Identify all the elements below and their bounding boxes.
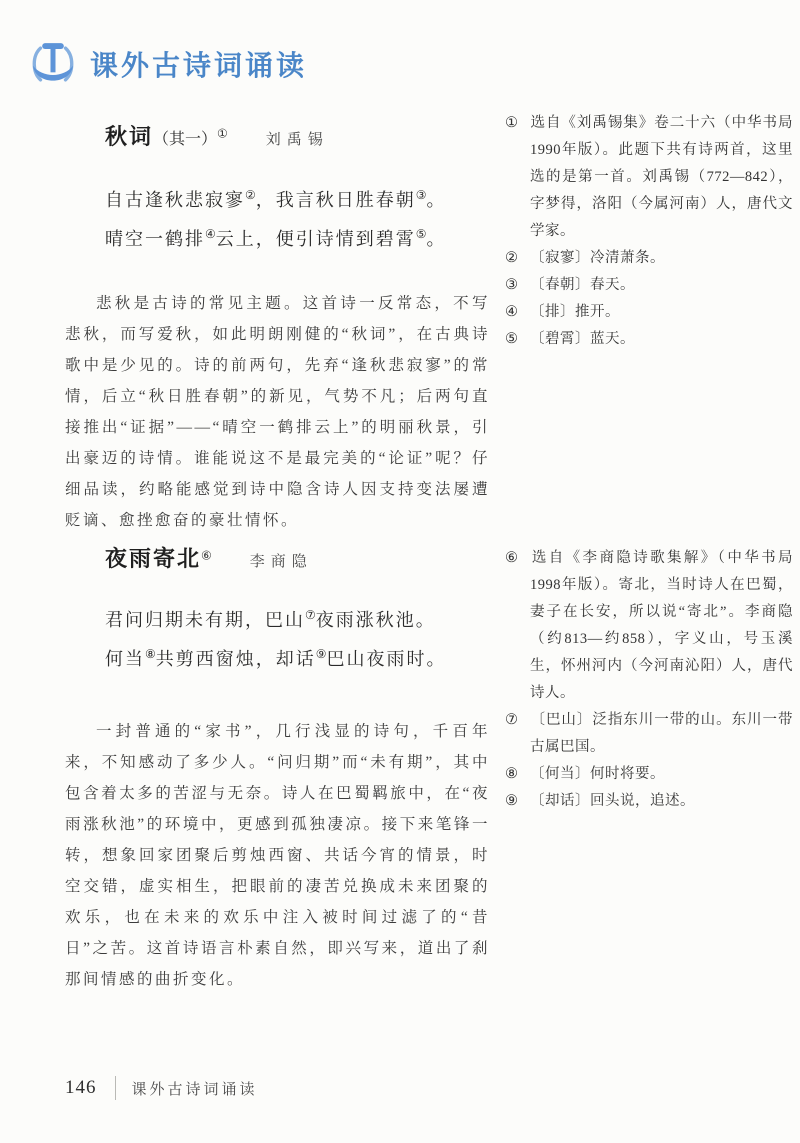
poem1-title: 秋词 bbox=[105, 124, 153, 149]
poem1-annotations: ①选自《刘禹锡集》卷二十六（中华书局1990年版）。此题下共有诗两首，这里选的是… bbox=[505, 110, 793, 353]
footer-divider bbox=[115, 1076, 116, 1100]
annotation-item: ②〔寂寥〕冷清萧条。 bbox=[505, 245, 793, 272]
poem1-line1: 自古逢秋悲寂寥②，我言秋日胜春朝③。 bbox=[105, 178, 447, 217]
textbook-page: 课外古诗词诵读 秋词（其一）①刘禹锡 自古逢秋悲寂寥②，我言秋日胜春朝③。 晴空… bbox=[0, 0, 800, 1143]
annotation-text: 〔何当〕何时将要。 bbox=[530, 766, 665, 782]
poem1-body: 自古逢秋悲寂寥②，我言秋日胜春朝③。 晴空一鹤排④云上，便引诗情到碧霄⑤。 bbox=[105, 178, 447, 256]
annotation-number: ③ bbox=[505, 272, 530, 299]
poem2-line1: 君问归期未有期，巴山⑦夜雨涨秋池。 bbox=[105, 598, 447, 637]
poem1-title-ref: ① bbox=[217, 127, 228, 141]
annotation-item: ⑧〔何当〕何时将要。 bbox=[505, 761, 793, 788]
annotation-item: ⑨〔却话〕回头说，追述。 bbox=[505, 788, 793, 815]
annotation-item: ⑦〔巴山〕泛指东川一带的山。东川一带古属巴国。 bbox=[505, 707, 793, 761]
annotation-number: ⑥ bbox=[505, 545, 530, 572]
annotation-number: ⑦ bbox=[505, 707, 530, 734]
annotation-text: 〔却话〕回头说，追述。 bbox=[530, 793, 695, 809]
annotation-number: ⑧ bbox=[505, 761, 530, 788]
annotation-number: ① bbox=[505, 110, 530, 137]
poem-text: 。 bbox=[427, 190, 447, 210]
poem-text: 共剪西窗烛，却话 bbox=[156, 649, 316, 669]
annotation-text: 〔巴山〕泛指东川一带的山。东川一带古属巴国。 bbox=[530, 712, 793, 755]
annotation-item: ⑤〔碧霄〕蓝天。 bbox=[505, 326, 793, 353]
chapter-title: 课外古诗词诵读 bbox=[90, 44, 307, 84]
annotation-number: ② bbox=[505, 245, 530, 272]
poem1-heading: 秋词（其一）①刘禹锡 bbox=[105, 120, 329, 151]
poem-text: 。 bbox=[427, 229, 447, 249]
poem2-title: 夜雨寄北 bbox=[105, 546, 201, 571]
note-ref: ⑤ bbox=[416, 227, 427, 241]
anchor-reading-logo-icon bbox=[28, 38, 78, 90]
poem-text: 云上，便引诗情到碧霄 bbox=[216, 229, 416, 249]
poem2-heading: 夜雨寄北⑥李商隐 bbox=[105, 542, 313, 573]
poem2-title-ref: ⑥ bbox=[201, 549, 212, 563]
page-number: 146 bbox=[65, 1077, 97, 1099]
annotation-item: ④〔排〕推开。 bbox=[505, 299, 793, 326]
footer-section-title: 课外古诗词诵读 bbox=[132, 1078, 258, 1099]
annotation-text: 〔寂寥〕冷清萧条。 bbox=[530, 250, 665, 266]
note-ref: ⑧ bbox=[145, 647, 156, 661]
annotation-number: ⑨ bbox=[505, 788, 530, 815]
note-ref: ⑨ bbox=[316, 647, 327, 661]
note-ref: ④ bbox=[205, 227, 216, 241]
poem2-body: 君问归期未有期，巴山⑦夜雨涨秋池。 何当⑧共剪西窗烛，却话⑨巴山夜雨时。 bbox=[105, 598, 447, 676]
annotation-text: 选自《刘禹锡集》卷二十六（中华书局1990年版）。此题下共有诗两首，这里选的是第… bbox=[530, 115, 793, 239]
poem1-commentary: 悲秋是古诗的常见主题。这首诗一反常态，不写悲秋，而写爱秋，如此明朗刚健的“秋词”… bbox=[65, 288, 490, 536]
annotation-item: ③〔春朝〕春天。 bbox=[505, 272, 793, 299]
annotation-number: ④ bbox=[505, 299, 530, 326]
poem-text: 自古逢秋悲寂寥 bbox=[105, 190, 245, 210]
poem1-subtitle: （其一） bbox=[153, 131, 217, 148]
annotation-item: ①选自《刘禹锡集》卷二十六（中华书局1990年版）。此题下共有诗两首，这里选的是… bbox=[505, 110, 793, 245]
poem2-line2: 何当⑧共剪西窗烛，却话⑨巴山夜雨时。 bbox=[105, 637, 447, 676]
note-ref: ⑦ bbox=[305, 608, 316, 622]
annotation-text: 选自《李商隐诗歌集解》（中华书局1998年版）。寄北，当时诗人在巴蜀，妻子在长安… bbox=[530, 550, 793, 701]
poem-text: 何当 bbox=[105, 649, 145, 669]
poem-text: ，我言秋日胜春朝 bbox=[256, 190, 416, 210]
annotation-item: ⑥选自《李商隐诗歌集解》（中华书局1998年版）。寄北，当时诗人在巴蜀，妻子在长… bbox=[505, 545, 793, 707]
poem2-commentary: 一封普通的“家书”，几行浅显的诗句，千百年来，不知感动了多少人。“问归期”而“未… bbox=[65, 716, 490, 995]
poem2-annotations: ⑥选自《李商隐诗歌集解》（中华书局1998年版）。寄北，当时诗人在巴蜀，妻子在长… bbox=[505, 545, 793, 815]
annotation-text: 〔春朝〕春天。 bbox=[530, 277, 635, 293]
poem-text: 君问归期未有期，巴山 bbox=[105, 610, 305, 630]
annotation-text: 〔碧霄〕蓝天。 bbox=[530, 331, 635, 347]
poem1-line2: 晴空一鹤排④云上，便引诗情到碧霄⑤。 bbox=[105, 217, 447, 256]
annotation-number: ⑤ bbox=[505, 326, 530, 353]
note-ref: ② bbox=[245, 188, 256, 202]
poem2-author: 李商隐 bbox=[250, 554, 313, 570]
poem-text: 巴山夜雨时。 bbox=[327, 649, 447, 669]
note-ref: ③ bbox=[416, 188, 427, 202]
chapter-header: 课外古诗词诵读 bbox=[28, 38, 307, 90]
poem1-author: 刘禹锡 bbox=[266, 132, 329, 148]
poem-text: 夜雨涨秋池。 bbox=[316, 610, 436, 630]
annotation-text: 〔排〕推开。 bbox=[530, 304, 620, 320]
poem-text: 晴空一鹤排 bbox=[105, 229, 205, 249]
page-footer: 146 课外古诗词诵读 bbox=[65, 1076, 258, 1100]
